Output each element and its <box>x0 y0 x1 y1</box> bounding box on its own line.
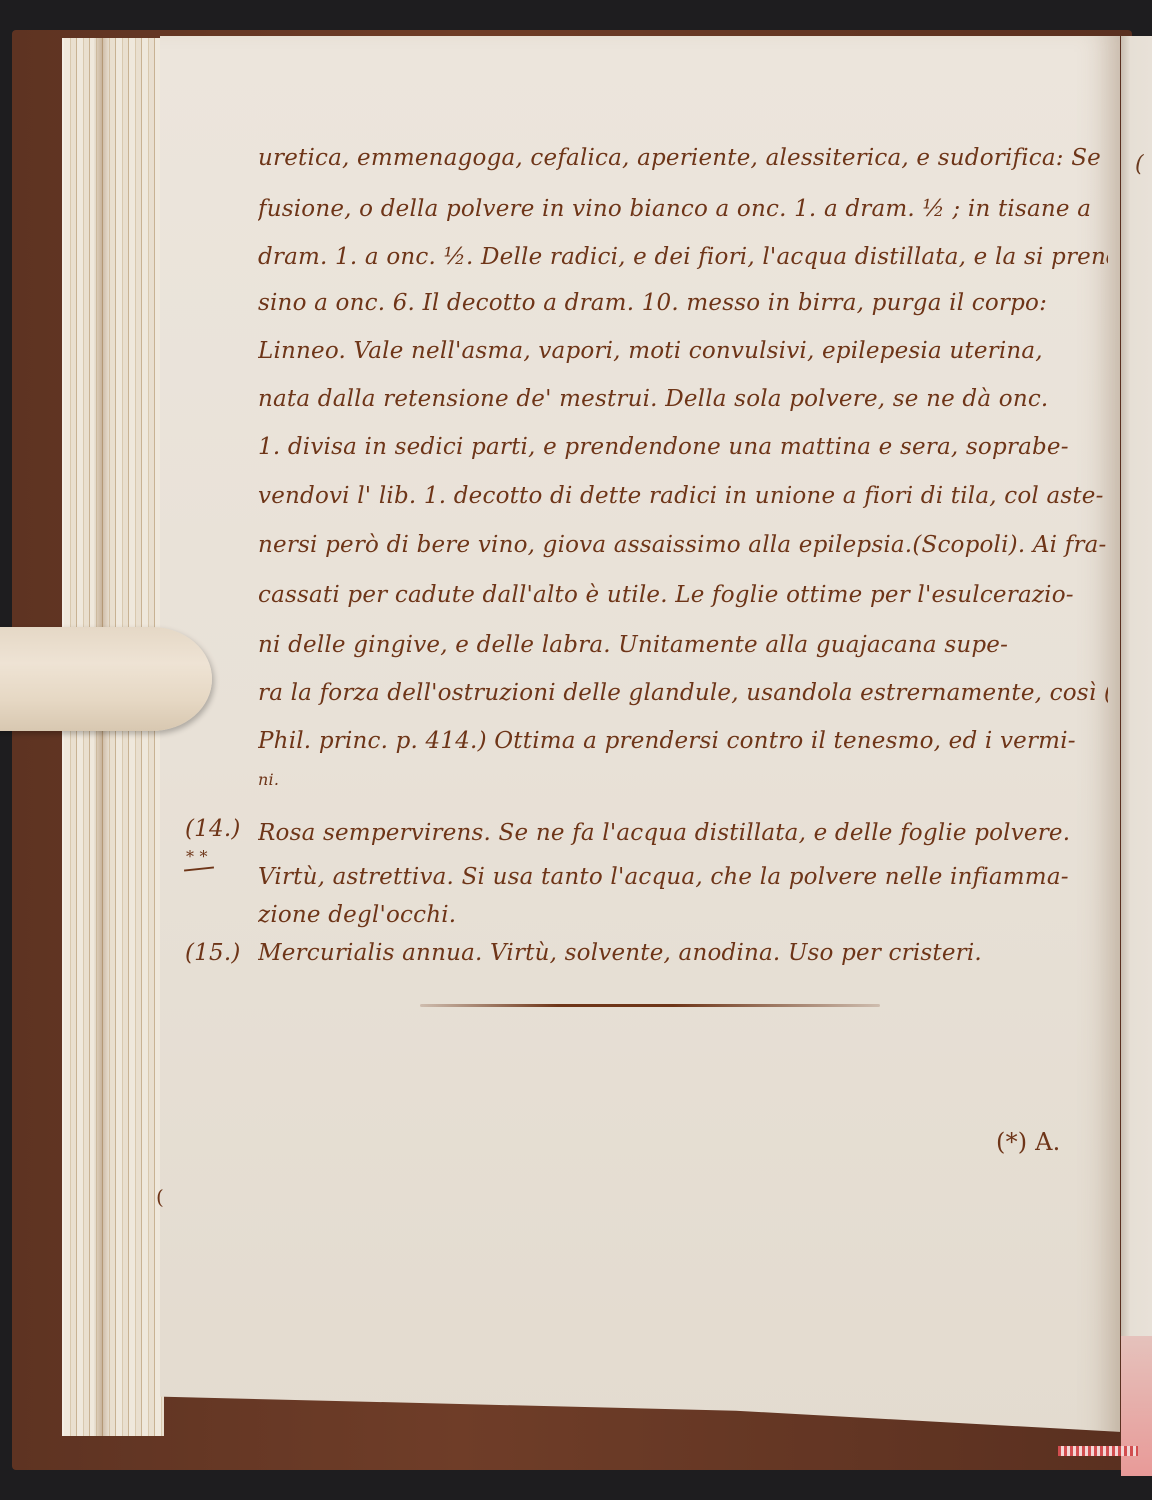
paper-knife-page-holder <box>0 627 212 731</box>
text-line: dram. 1. a onc. ½. Delle radici, e dei f… <box>258 244 1108 270</box>
bookmark-ribbon <box>1058 1446 1138 1456</box>
text-line: nersi però di bere vino, giova assaissim… <box>258 532 1108 558</box>
entry-number-15: (15.) <box>185 940 241 966</box>
entry-15-line: Mercurialis annua. Virtù, solvente, anod… <box>258 940 1108 966</box>
entry-14-asterisk-marker: * * <box>186 847 208 866</box>
text-line: Linneo. Vale nell'asma, vapori, moti con… <box>258 338 1108 364</box>
text-line: cassati per cadute dall'alto è utile. Le… <box>258 582 1108 608</box>
text-line: sino a onc. 6. Il decotto a dram. 10. me… <box>258 290 1108 316</box>
page-block-edges <box>62 38 164 1436</box>
text-line: Phil. princ. p. 414.) Ottima a prendersi… <box>258 728 1108 754</box>
facing-page-edge: ( <box>1121 36 1152 1476</box>
entry-14-line: Rosa sempervirens. Se ne fa l'acqua dist… <box>258 820 1108 846</box>
facing-page-mark: ( <box>1135 152 1144 177</box>
text-line: fusione, o della polvere in vino bianco … <box>258 196 1108 222</box>
text-line: 1. divisa in sedici parti, e prendendone… <box>258 434 1108 460</box>
text-line: ni. <box>258 770 1108 789</box>
text-line: ra la forza dell'ostruzioni delle glandu… <box>258 680 1108 706</box>
entry-14-line: Virtù, astrettiva. Si usa tanto l'acqua,… <box>258 864 1108 890</box>
text-line: nata dalla retensione de' mestrui. Della… <box>258 386 1108 412</box>
section-end-rule <box>420 1004 880 1007</box>
stray-ink-mark: ( <box>156 1185 164 1209</box>
text-line: vendovi l' lib. 1. decotto di dette radi… <box>258 483 1108 509</box>
text-line: ni delle gingive, e delle labra. Unitame… <box>258 632 1108 658</box>
text-line: uretica, emmenagoga, cefalica, aperiente… <box>258 145 1108 171</box>
entry-14-line: zione degl'occhi. <box>258 902 1108 928</box>
entry-number-14: (14.) <box>185 816 241 842</box>
catchword: (*) A. <box>996 1128 1061 1156</box>
